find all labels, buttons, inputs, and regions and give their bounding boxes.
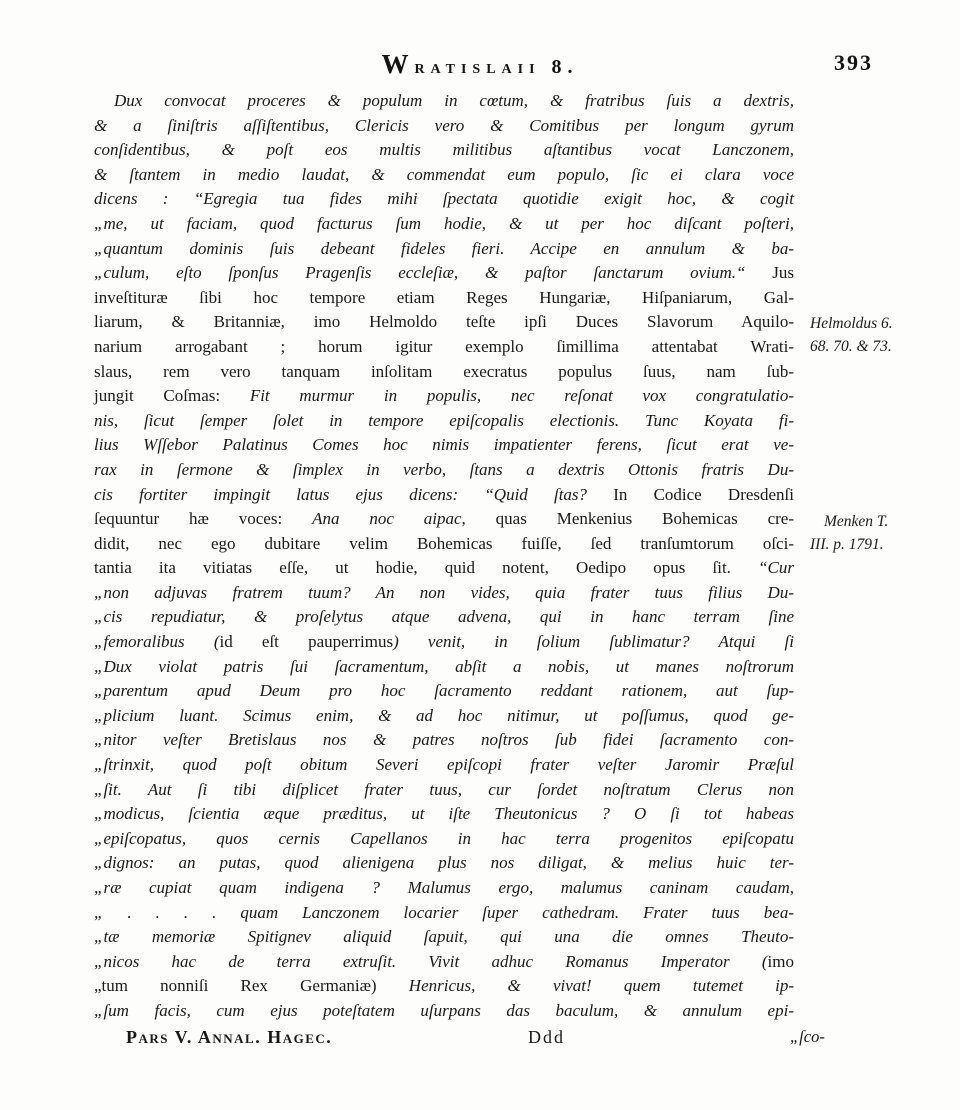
text-line: „ſit. Aut ſi tibi diſplicet frater tuus,…	[94, 778, 794, 803]
text-segment: „ſum facis, cum ejus poteſtatem uſurpans…	[94, 1001, 794, 1020]
text-line: dicens : “Egregia tua fides mihi ſpectat…	[94, 187, 794, 212]
text-segment: “Cur	[758, 558, 794, 577]
text-line: cis fortiter impingit latus ejus dicens:…	[94, 483, 794, 508]
text-segment: ) venit, in ſolium ſublimatur? Atqui ſi	[393, 632, 794, 651]
text-segment: „epiſcopatus, quos cernis Capellanos in …	[94, 829, 794, 848]
text-line: ſequuntur hæ voces: Ana noc aipac, quas …	[94, 507, 794, 532]
text-line: „dignos: an putas, quod alienigena plus …	[94, 851, 794, 876]
text-segment: „tæ memoriæ Spitignev aliquid ſapuit, qu…	[94, 927, 794, 946]
text-segment: imo	[768, 952, 794, 971]
text-segment: lius Wſſebor Palatinus Comes hoc nimis i…	[94, 435, 794, 454]
text-line: & a ſiniſtris aſſiſtentibus, Clericis ve…	[94, 114, 794, 139]
text-segment: cis fortiter impingit latus ejus dicens:…	[94, 485, 613, 504]
text-line: „nicos hac de terra extruſit. Vivit adhu…	[94, 950, 794, 975]
text-line: „epiſcopatus, quos cernis Capellanos in …	[94, 827, 794, 852]
text-segment: „cis repudiatur, & proſelytus atque adve…	[94, 607, 794, 626]
text-segment: „non adjuvas fratrem tuum? An non vides,…	[94, 583, 794, 602]
text-line: „ſtrinxit, quod poſt obitum Severi epiſc…	[94, 753, 794, 778]
text-line: „cis repudiatur, & proſelytus atque adve…	[94, 605, 794, 630]
text-segment: , quas Menkenius Bohemicas cre-	[462, 509, 794, 528]
text-segment: dicens : “Egregia tua fides mihi ſpectat…	[94, 189, 794, 208]
footer-catchword: „ſco-	[790, 1027, 825, 1047]
text-line: „tæ memoriæ Spitignev aliquid ſapuit, qu…	[94, 925, 794, 950]
text-line: Dux convocat proceres & populum in cœtum…	[94, 89, 794, 114]
margin-note-helmoldus: Helmoldus 6. 68. 70. & 73.	[810, 312, 958, 358]
margin-note-line: Menken T.	[810, 510, 958, 533]
text-segment: rax in ſermone & ſimplex in verbo, ſtans…	[94, 460, 794, 479]
margin-note-line: 68. 70. & 73.	[810, 335, 958, 358]
text-line: „Dux violat patris ſui ſacramentum, abſi…	[94, 655, 794, 680]
text-line: liarum, & Britanniæ, imo Helmoldo teſte …	[94, 310, 794, 335]
text-segment: „modicus, ſcientia æque præditus, ut iſt…	[94, 804, 794, 823]
text-segment: „nicos hac de terra extruſit. Vivit adhu…	[94, 952, 768, 971]
text-segment: slaus, rem vero tanquam inſolitam execra…	[94, 362, 794, 381]
text-line: „ſum facis, cum ejus poteſtatem uſurpans…	[94, 999, 794, 1024]
text-segment: „ræ cupiat quam indigena ? Malumus ergo,…	[94, 878, 794, 897]
text-line: narium arrogabant ; horum igitur exemplo…	[94, 335, 794, 360]
text-line: conſidentibus, & poſt eos multis militib…	[94, 138, 794, 163]
text-block: Dux convocat proceres & populum in cœtum…	[94, 89, 794, 1024]
text-line: „quantum dominis ſuis debeant fideles fi…	[94, 237, 794, 262]
text-line: „modicus, ſcientia æque præditus, ut iſt…	[94, 802, 794, 827]
text-segment: Jus	[772, 263, 794, 282]
text-segment: & ſtantem in medio laudat, & commendat e…	[94, 165, 794, 184]
text-line: „plicium luant. Scimus enim, & ad hoc ni…	[94, 704, 794, 729]
text-segment: Henricus, & vivat! quem tutemet ip-	[409, 976, 794, 995]
text-segment: narium arrogabant ; horum igitur exemplo…	[94, 337, 794, 356]
text-segment: „parentum apud Deum pro hoc ſacramento r…	[94, 681, 794, 700]
text-segment: jungit Coſmas:	[94, 386, 250, 405]
text-line: jungit Coſmas: Fit murmur in populis, ne…	[94, 384, 794, 409]
text-segment: tantia ita vitiatas eſſe, ut hodie, quid…	[94, 558, 758, 577]
text-line: „tum nonniſi Rex Germaniæ) Henricus, & v…	[94, 974, 794, 999]
text-segment: nis, ſicut ſemper ſolet in tempore epiſc…	[94, 411, 794, 430]
text-line: lius Wſſebor Palatinus Comes hoc nimis i…	[94, 433, 794, 458]
text-line: „culum, eſto ſponſus Pragenſis eccleſiæ,…	[94, 261, 794, 286]
text-line: & ſtantem in medio laudat, & commendat e…	[94, 163, 794, 188]
text-segment: „femoralibus (	[94, 632, 220, 651]
text-segment: conſidentibus, & poſt eos multis militib…	[94, 140, 794, 159]
text-segment: „ . . . . quam Lanczonem locarier ſuper …	[94, 903, 794, 922]
text-segment: „ſit. Aut ſi tibi diſplicet frater tuus,…	[94, 780, 794, 799]
running-head-title: Wratislaii 8.	[0, 49, 960, 80]
text-segment: didit, nec ego dubitare velim Bohemicas …	[94, 534, 794, 553]
footer-signature-mark: Ddd	[528, 1027, 565, 1048]
text-line: „femoralibus (id eſt pauperrimus) venit,…	[94, 630, 794, 655]
text-line: slaus, rem vero tanquam inſolitam execra…	[94, 360, 794, 385]
text-line: „me, ut faciam, quod facturus ſum hodie,…	[94, 212, 794, 237]
text-segment: „Dux violat patris ſui ſacramentum, abſi…	[94, 657, 794, 676]
text-line: rax in ſermone & ſimplex in verbo, ſtans…	[94, 458, 794, 483]
text-line: tantia ita vitiatas eſſe, ut hodie, quid…	[94, 556, 794, 581]
text-segment: „plicium luant. Scimus enim, & ad hoc ni…	[94, 706, 794, 725]
text-segment: liarum, & Britanniæ, imo Helmoldo teſte …	[94, 312, 794, 331]
margin-note-line: III. p. 1791.	[810, 533, 958, 556]
text-segment: „quantum dominis ſuis debeant fideles fi…	[94, 239, 794, 258]
footer-series-title: Pars V. Annal. Hagec.	[126, 1027, 332, 1048]
text-line: „non adjuvas fratrem tuum? An non vides,…	[94, 581, 794, 606]
text-segment: „me, ut faciam, quod facturus ſum hodie,…	[94, 214, 794, 233]
text-line: „ræ cupiat quam indigena ? Malumus ergo,…	[94, 876, 794, 901]
text-segment: inveſtituræ ſibi hoc tempore etiam Reges…	[94, 288, 794, 307]
text-line: „parentum apud Deum pro hoc ſacramento r…	[94, 679, 794, 704]
text-segment: & a ſiniſtris aſſiſtentibus, Clericis ve…	[94, 116, 794, 135]
text-segment: „dignos: an putas, quod alienigena plus …	[94, 853, 794, 872]
text-segment: Dux convocat proceres & populum in cœtum…	[114, 91, 794, 110]
text-segment: „tum nonniſi Rex Germaniæ)	[94, 976, 409, 995]
book-page: Wratislaii 8. 393 Dux convocat proceres …	[0, 0, 960, 1110]
text-segment: Fit murmur in populis, nec reſonat vox c…	[250, 386, 794, 405]
text-segment: „culum, eſto ſponſus Pragenſis eccleſiæ,…	[94, 263, 772, 282]
text-segment: id eſt pauperrimus	[220, 632, 394, 651]
margin-note-menken: Menken T. III. p. 1791.	[810, 510, 958, 556]
page-number: 393	[834, 50, 873, 76]
margin-note-line: Helmoldus 6.	[810, 312, 958, 335]
text-line: didit, nec ego dubitare velim Bohemicas …	[94, 532, 794, 557]
text-segment: „nitor veſter Bretislaus nos & patres no…	[94, 730, 794, 749]
text-segment: „ſtrinxit, quod poſt obitum Severi epiſc…	[94, 755, 794, 774]
text-segment: ſequuntur hæ voces:	[94, 509, 312, 528]
text-segment: In Codice Dresdenſi	[613, 485, 794, 504]
text-segment: Ana noc aipac	[312, 509, 461, 528]
text-line: nis, ſicut ſemper ſolet in tempore epiſc…	[94, 409, 794, 434]
text-line: „nitor veſter Bretislaus nos & patres no…	[94, 728, 794, 753]
text-line: inveſtituræ ſibi hoc tempore etiam Reges…	[94, 286, 794, 311]
text-line: „ . . . . quam Lanczonem locarier ſuper …	[94, 901, 794, 926]
